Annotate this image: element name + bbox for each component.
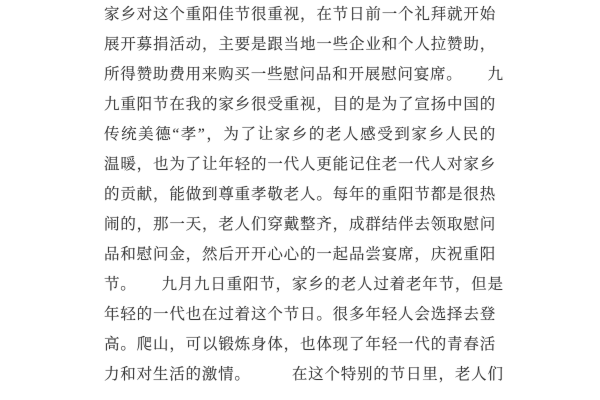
essay-line: 家乡对这个重阳佳节很重视，在节日前一个礼拜就开始 (104, 0, 496, 30)
essay-line: 节。 九月九日重阳节，家乡的老人过着老年节，但是 (104, 270, 496, 300)
essay-line: 闹的，那一天，老人们穿戴整齐，成群结伴去领取慰问 (104, 210, 496, 240)
essay-line: 力和对生活的激情。 在这个特别的节日里，老人们 (104, 360, 496, 390)
document-page: 家乡对这个重阳佳节很重视，在节日前一个礼拜就开始展开募捐活动，主要是跟当地一些企… (0, 0, 600, 400)
essay-line: 传统美德“孝”，为了让家乡的老人感受到家乡人民的 (104, 120, 496, 150)
essay-line: 年轻的一代也在过着这个节日。很多年轻人会选择去登 (104, 300, 496, 330)
essay-line: 九重阳节在我的家乡很受重视，目的是为了宣扬中国的 (104, 90, 496, 120)
essay-line: 品和慰问金，然后开开心心的一起品尝宴席，庆祝重阳 (104, 240, 496, 270)
essay-text-block: 家乡对这个重阳佳节很重视，在节日前一个礼拜就开始展开募捐活动，主要是跟当地一些企… (104, 0, 496, 390)
essay-line: 高。爬山，可以锻炼身体，也体现了年轻一代的青春活 (104, 330, 496, 360)
essay-line: 温暖，也为了让年轻的一代人更能记住老一代人对家乡 (104, 150, 496, 180)
essay-line: 的贡献，能做到尊重孝敬老人。每年的重阳节都是很热 (104, 180, 496, 210)
essay-line: 展开募捐活动，主要是跟当地一些企业和个人拉赞助， (104, 30, 496, 60)
essay-line: 所得赞助费用来购买一些慰问品和开展慰问宴席。 九 (104, 60, 496, 90)
